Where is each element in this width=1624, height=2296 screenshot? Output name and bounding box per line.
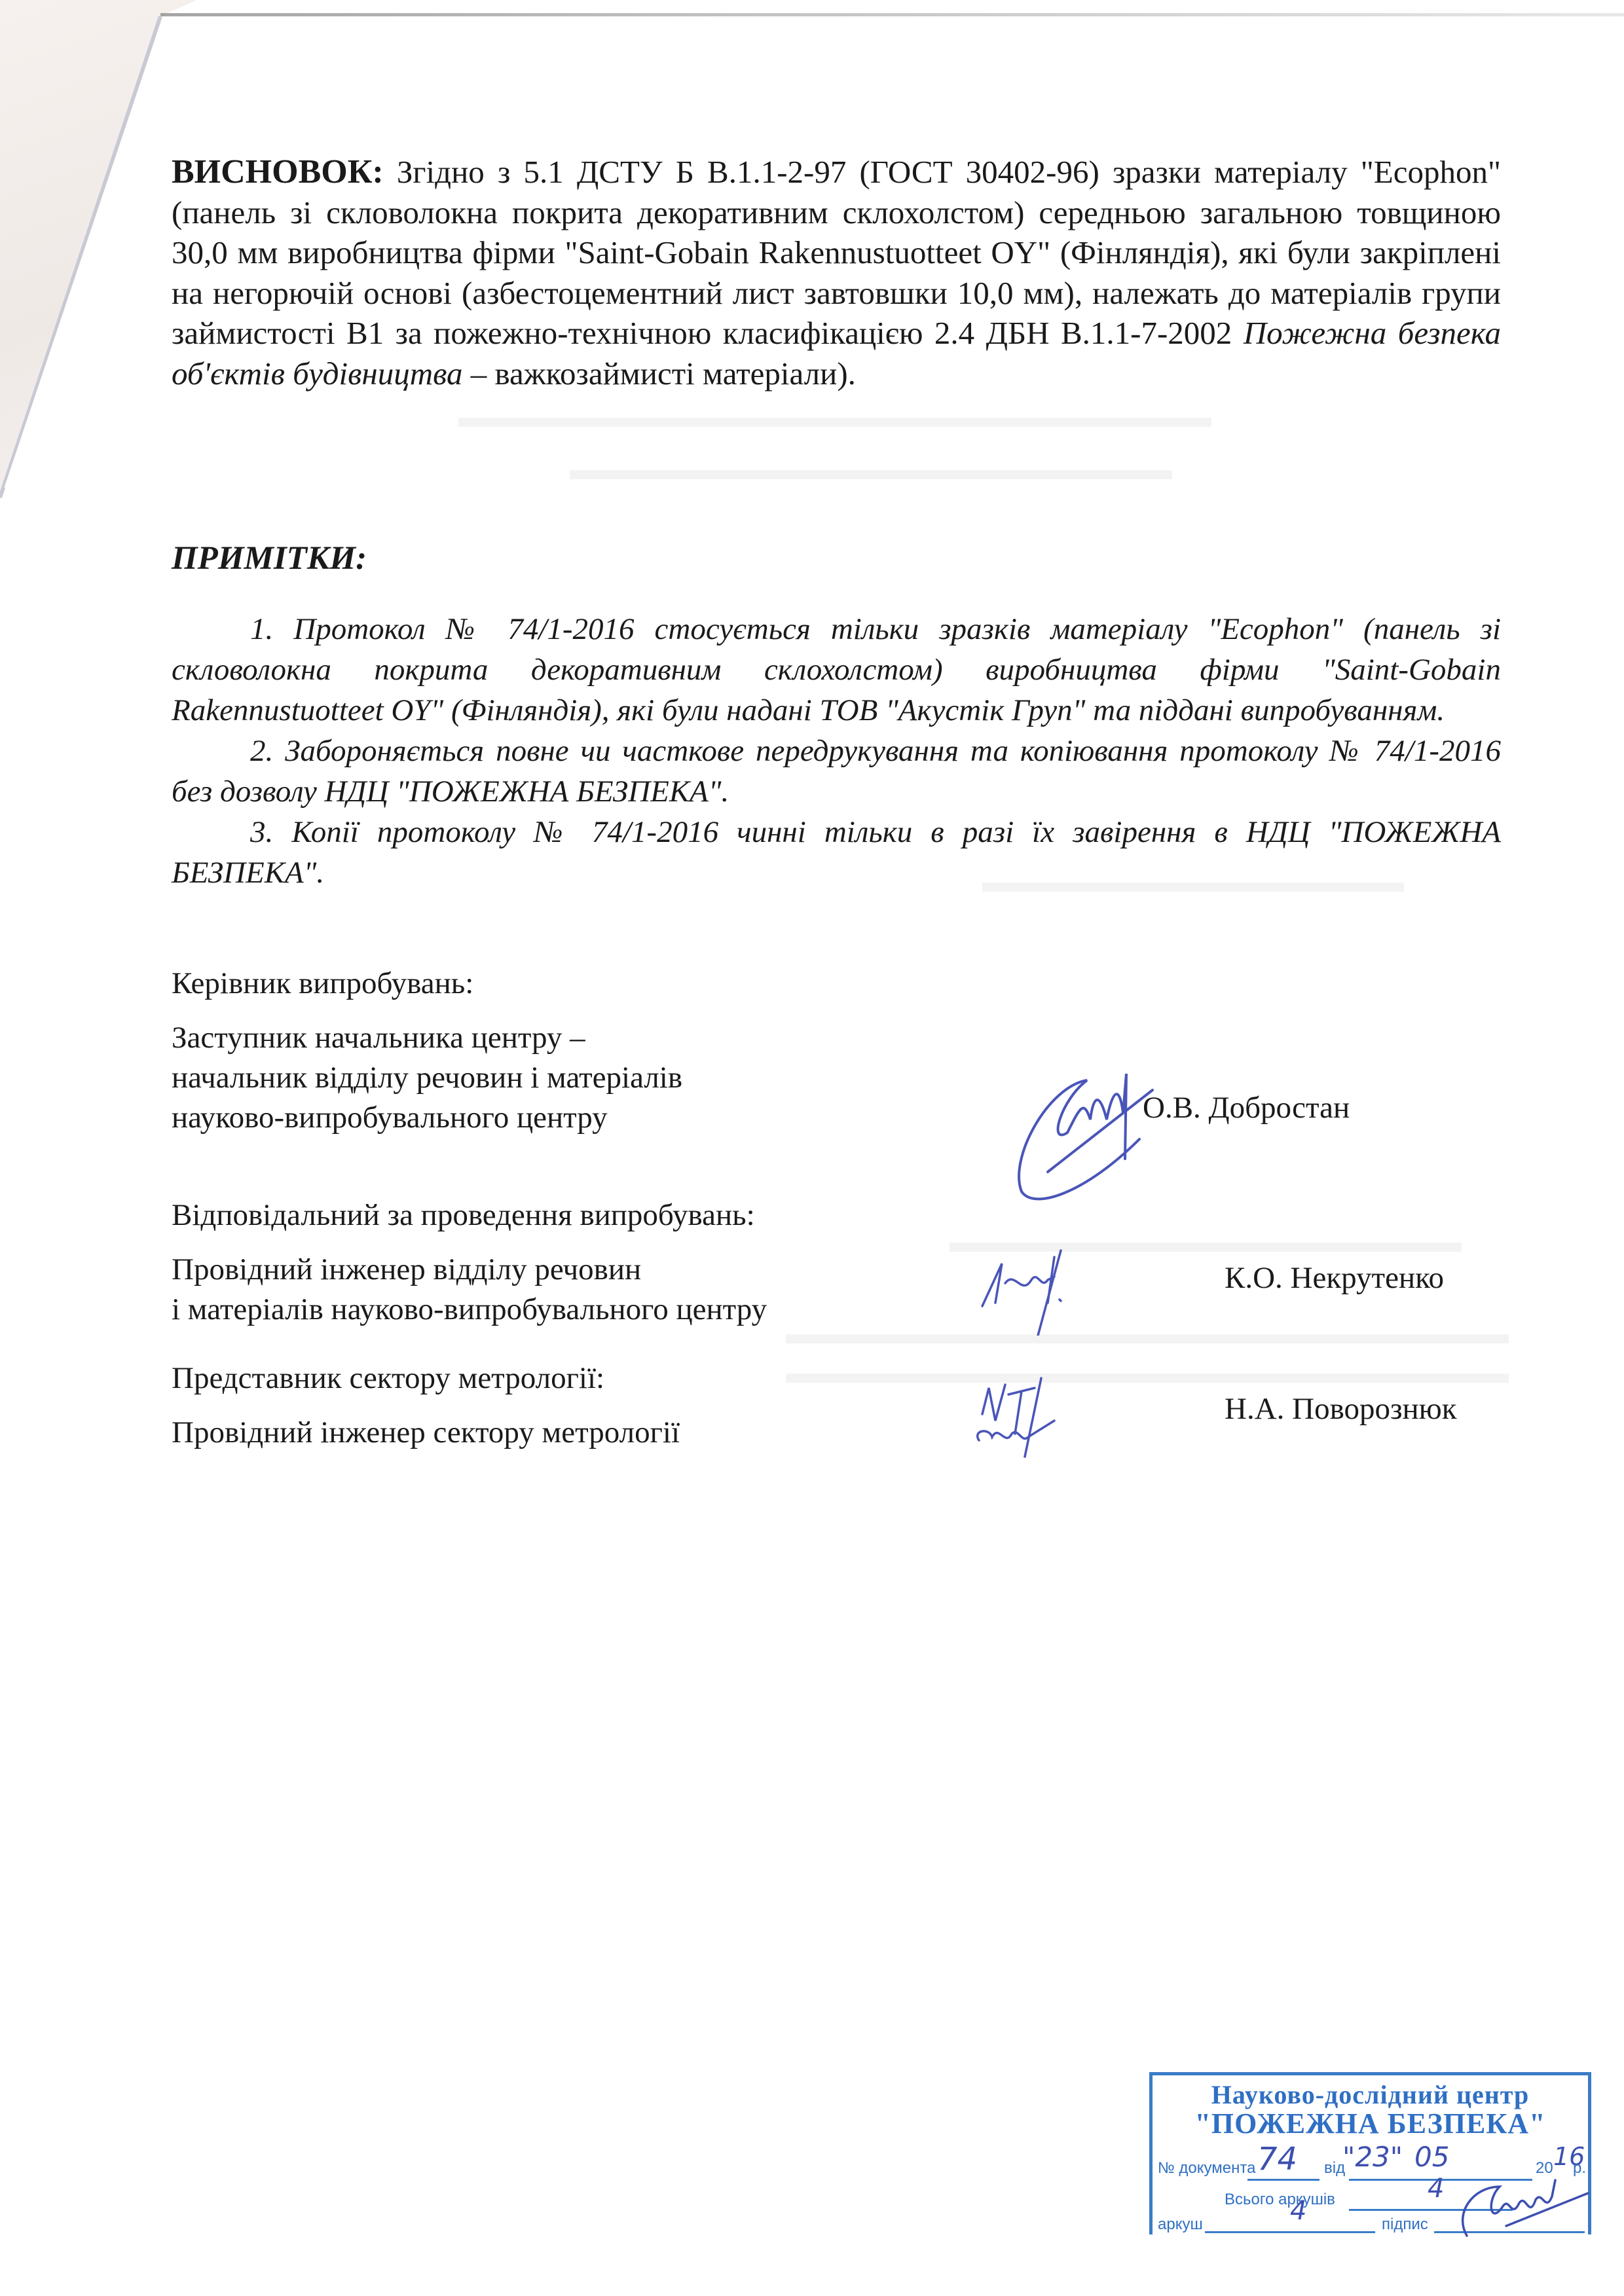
signatory-heading: Відповідальний за проведення випробувань… [172,1195,767,1235]
registration-stamp: Науково-дослідний центр "ПОЖЕЖНА БЕЗПЕКА… [1149,2072,1591,2234]
signature-nekrutenko [976,1244,1094,1336]
conclusion-heading: ВИСНОВОК: [172,153,384,191]
stamp-doc-no-line [1247,2179,1319,2181]
signatory-position: Заступник начальника центру – [172,1018,682,1058]
note-item: 2. Забороняється повне чи часткове перед… [172,731,1501,812]
stamp-sheet-value: 4 [1290,2196,1306,2226]
note-item: 3. Копії протоколу № 74/1-2016 чинні тіл… [172,812,1501,893]
note-item: 1. Протокол № 74/1-2016 стосується тільк… [172,609,1501,731]
bleed-through-text: ▬▬▬▬▬▬▬▬▬▬▬▬▬▬▬▬▬▬▬▬▬▬▬▬▬ [458,399,1211,434]
scan-top-edge [160,13,1624,16]
signatory-name: К.О. Некрутенко [1225,1260,1444,1296]
folded-page-corner [0,0,196,498]
signatory-position: і матеріалів науково-випробувального цен… [172,1290,767,1330]
signatory-position: науково-випробувального центру [172,1098,682,1138]
conclusion-paragraph: ВИСНОВОК: Згідно з 5.1 ДСТУ Б В.1.1-2-97… [172,152,1501,393]
notes-heading: ПРИМІТКИ: [172,539,367,577]
signatory-heading: Керівник випробувань: [172,964,682,1004]
stamp-date-month: 05 [1414,2141,1449,2173]
bleed-through-text: ▬▬▬▬▬▬▬▬▬▬▬▬▬▬▬▬▬▬▬▬ [570,452,1172,486]
stamp-org-title: "ПОЖЕЖНА БЕЗПЕКА" [1153,2107,1588,2140]
signatory-test-manager: Керівник випробувань: Заступник начальни… [172,964,682,1138]
signature-povoroznyuk [969,1375,1087,1460]
signatory-name: О.В. Добростан [1143,1090,1350,1125]
signatory-name: Н.А. Поворознюк [1225,1391,1457,1427]
signatory-metrology: Представник сектору метрології: Провідни… [172,1358,680,1453]
stamp-doc-no-value: 74 [1257,2141,1297,2178]
stamp-signature [1441,2174,1591,2239]
conclusion-text-end: важкозаймисті матеріали). [487,355,856,392]
signatory-position: Провідний інженер відділу речовин [172,1250,767,1290]
signatory-position: Провідний інженер сектору метрології [172,1413,680,1453]
notes-list: 1. Протокол № 74/1-2016 стосується тільк… [172,609,1501,893]
signatory-responsible: Відповідальний за проведення випробувань… [172,1195,767,1330]
stamp-sheet-label: аркуш [1158,2215,1203,2234]
stamp-date-day: "23" [1342,2141,1403,2173]
stamp-org-name: Науково-дослідний центр [1153,2079,1588,2110]
signature-dobrostan [1008,1061,1179,1218]
stamp-signature-label: підпис [1382,2215,1428,2234]
bleed-through-text: ▬▬▬▬▬▬▬▬▬▬▬▬▬▬▬▬▬▬▬▬▬▬▬▬ [786,1316,1509,1351]
stamp-total-sheets-label: Всього аркушів [1225,2191,1335,2209]
signatory-heading: Представник сектору метрології: [172,1358,680,1398]
bleed-through-text: ▬▬▬▬▬▬▬▬▬▬▬▬▬▬▬▬▬▬▬▬▬▬▬▬ [786,1355,1509,1390]
stamp-doc-no-label: № документа [1158,2159,1255,2178]
signatory-position: начальник відділу речовин і матеріалів [172,1058,682,1098]
stamp-sheet-line [1205,2231,1375,2233]
